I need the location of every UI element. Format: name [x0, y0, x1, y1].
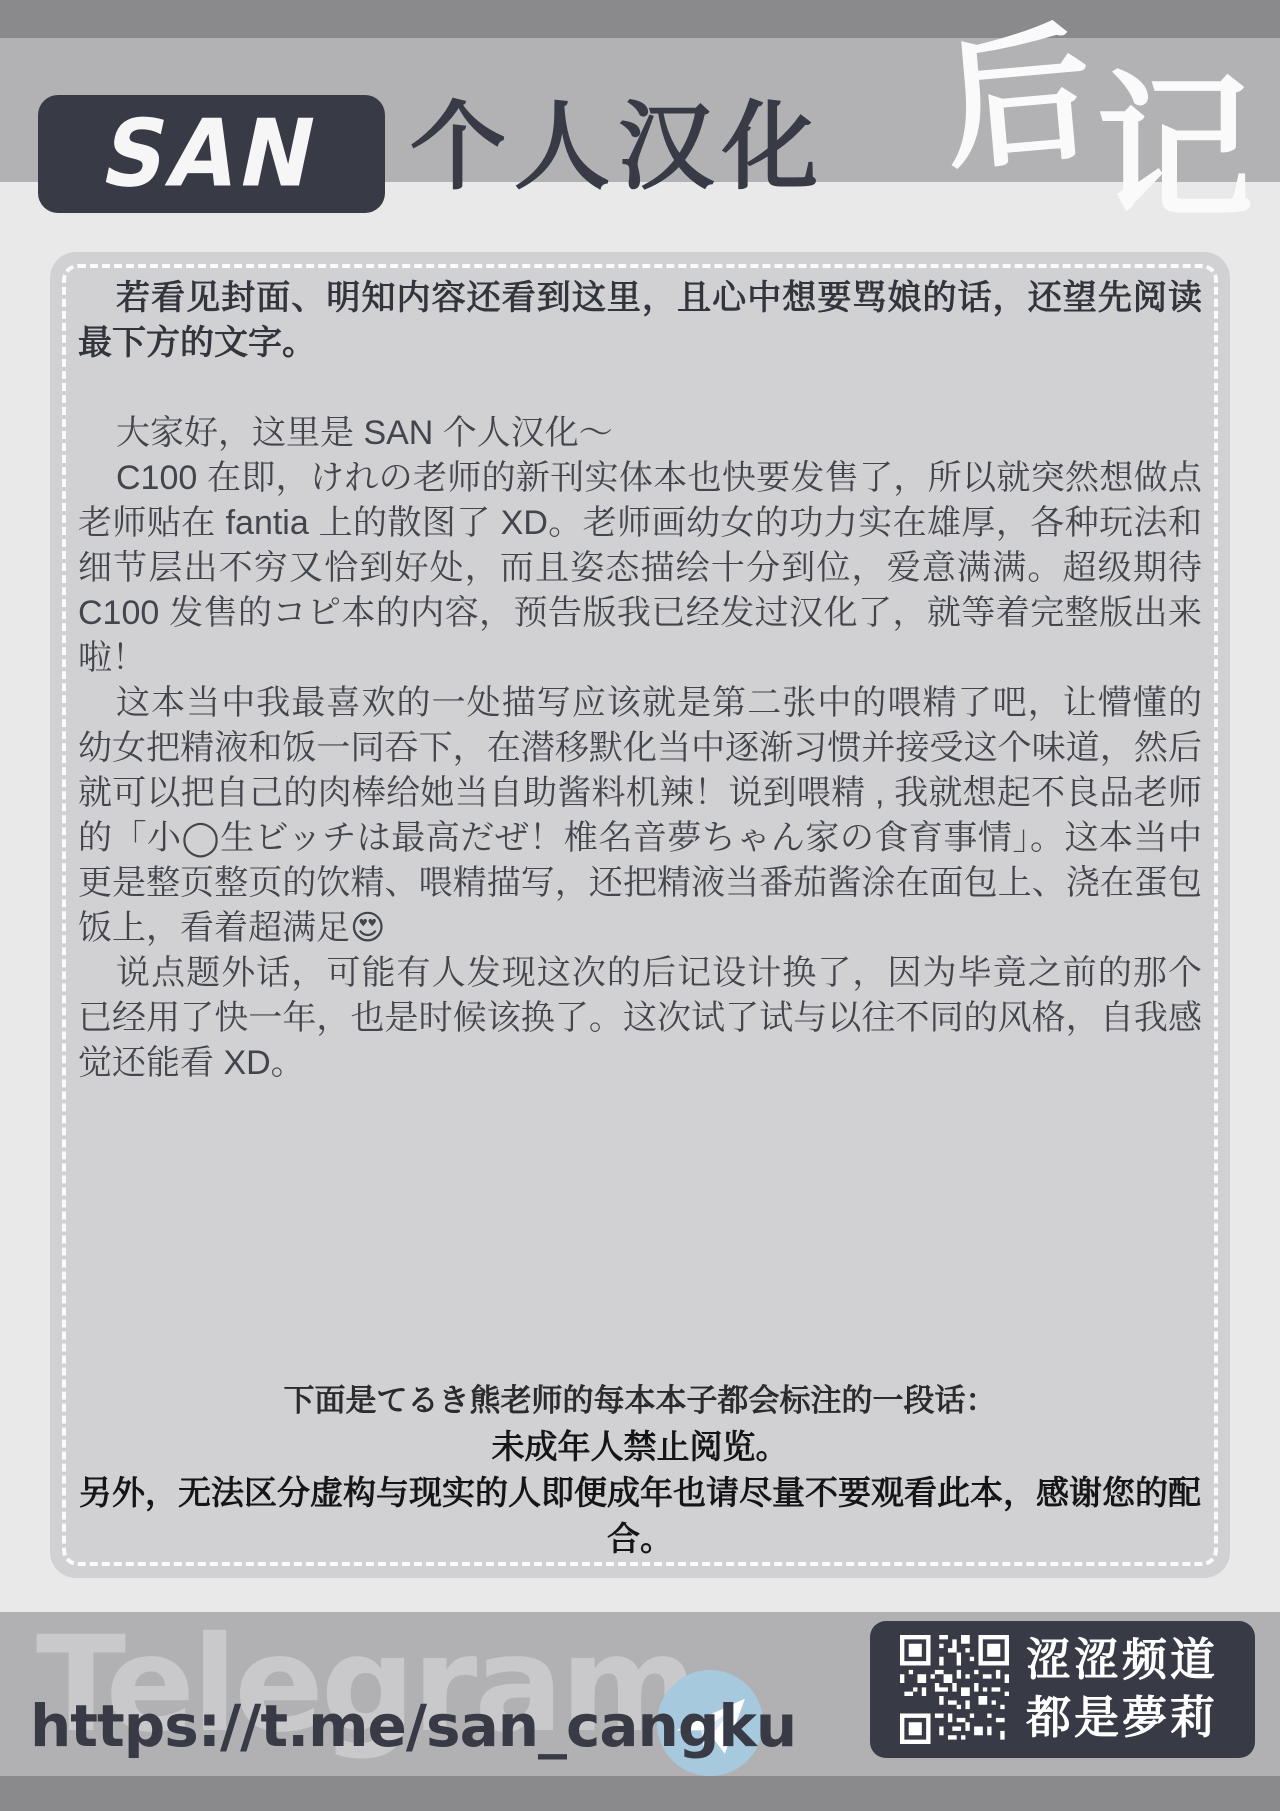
notice-line-3: 另外，无法区分虚构与现实的人即便成年也请尽量不要观看此本，感谢您的配合。 [50, 1470, 1230, 1562]
qr-panel[interactable]: 涩涩频道 都是夢莉 [870, 1621, 1255, 1758]
paragraph: 说点题外话，可能有人发现这次的后记设计换了，因为毕竟之前的那个已经用了快一年，也… [78, 951, 1202, 1086]
footer-band: Telegram https://t.me/san_cangku 涩涩频道 都是… [0, 1612, 1280, 1776]
paragraph: 大家好，这里是 SAN 个人汉化～ [78, 411, 1202, 456]
san-logo-box: SAN [38, 95, 385, 213]
postscript-title-char-2: 记 [1096, 70, 1254, 228]
header-title: 个人汉化 [410, 76, 826, 220]
afterword-card: 若看见封面、明知内容还看到这里，且心中想要骂娘的话，还望先阅读最下方的文字。 大… [50, 252, 1230, 1578]
notice-block: 下面是てるき熊老师的每本本子都会标注的一段话： 未成年人禁止阅览。 另外，无法区… [50, 1378, 1230, 1562]
paragraph-list: 大家好，这里是 SAN 个人汉化～C100 在即，けれの老师的新刊实体本也快要发… [78, 411, 1202, 1086]
paragraph: C100 在即，けれの老师的新刊实体本也快要发售了，所以就突然想做点老师贴在 f… [78, 456, 1202, 681]
afterword-text: 若看见封面、明知内容还看到这里，且心中想要骂娘的话，还望先阅读最下方的文字。 大… [78, 276, 1202, 1086]
qr-caption-line-2: 都是夢莉 [1026, 1689, 1246, 1747]
qr-caption-line-1: 涩涩频道 [1026, 1631, 1246, 1689]
notice-line-1: 下面是てるき熊老师的每本本子都会标注的一段话： [50, 1378, 1230, 1424]
qr-code-icon [900, 1635, 1009, 1744]
intro-paragraph: 若看见封面、明知内容还看到这里，且心中想要骂娘的话，还望先阅读最下方的文字。 [78, 276, 1202, 366]
notice-line-2: 未成年人禁止阅览。 [50, 1424, 1230, 1470]
qr-captions: 涩涩频道 都是夢莉 [1026, 1631, 1246, 1747]
bottom-strip [0, 1776, 1280, 1811]
telegram-url-link[interactable]: https://t.me/san_cangku [30, 1692, 796, 1760]
afterword-page: SAN 个人汉化 后 记 若看见封面、明知内容还看到这里，且心中想要骂娘的话，还… [0, 0, 1280, 1811]
postscript-title-char-1: 后 [938, 20, 1098, 180]
san-logo-text: SAN [94, 100, 329, 208]
paragraph: 这本当中我最喜欢的一处描写应该就是第二张中的喂精了吧，让懵懂的幼女把精液和饭一同… [78, 681, 1202, 951]
top-strip [0, 0, 1280, 38]
